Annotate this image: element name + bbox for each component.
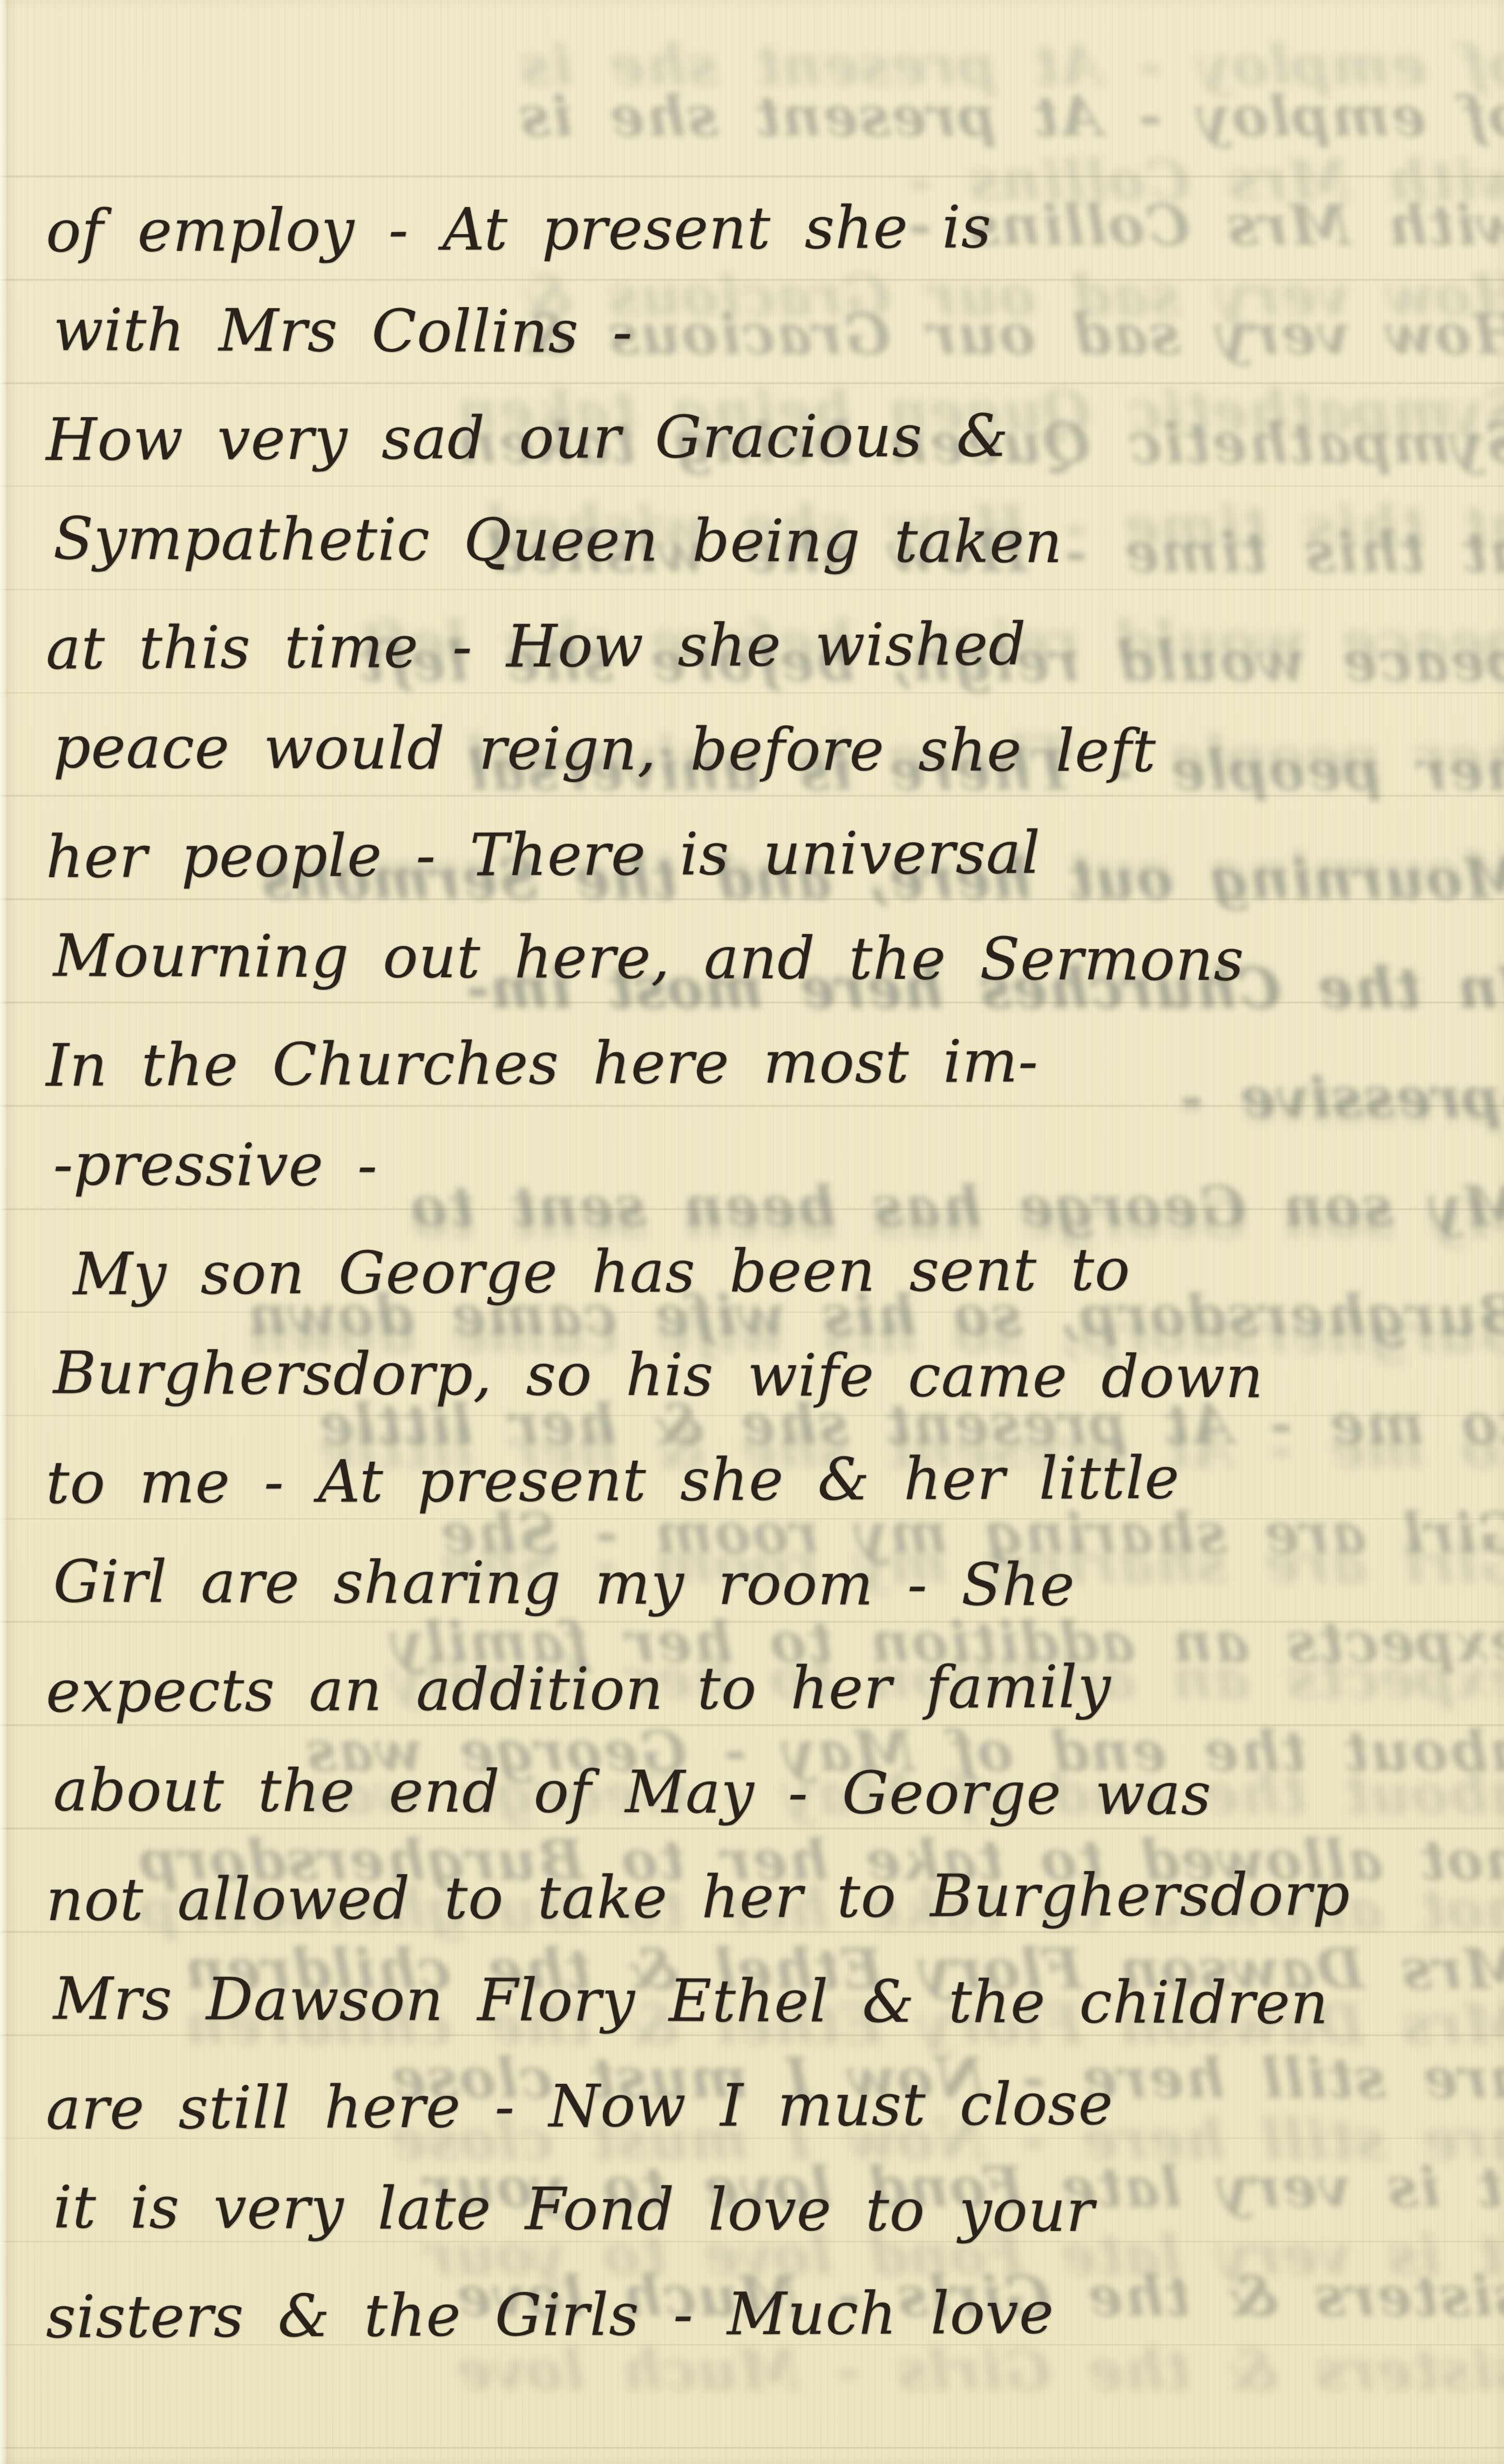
letter-line: not allowed to take her to Burghersdorp bbox=[46, 1842, 1481, 1952]
letter-line: Mrs Dawson Flory Ethel & the children bbox=[53, 1947, 1481, 2056]
letter-line: about the end of May - George was bbox=[53, 1738, 1481, 1848]
letter-line: her people - There is universal bbox=[46, 799, 1481, 909]
letter-line: of employ - At present she is bbox=[0, 7, 1504, 123]
letter-line: it is very late Fond love to your bbox=[53, 2155, 1481, 2265]
letter-body: of employ - At present she iswith Mrs Co… bbox=[46, 176, 1480, 2366]
letter-line: Burghersdorp, so his wife came down bbox=[53, 1321, 1481, 1430]
letter-line: peace would reign, before she left bbox=[53, 695, 1481, 805]
letter-line: are still here - Now I must close bbox=[46, 2050, 1481, 2161]
letter-line: sisters & the Girls - Much love bbox=[46, 2259, 1481, 2370]
letter-line: Sympathetic Queen being taken bbox=[53, 487, 1481, 596]
letter-line: expects an addition to her family bbox=[46, 1633, 1481, 1744]
letter-line: Girl are sharing my room - She bbox=[53, 1530, 1481, 1639]
letter-line: of employ - At present she is bbox=[0, 62, 1504, 171]
letter-line: with Mrs Collins - bbox=[53, 278, 1481, 387]
letter-line: How very sad our Gracious & bbox=[46, 382, 1481, 492]
letter-line: at this time - How she wished bbox=[46, 590, 1481, 701]
letter-line: In the Churches here most im- bbox=[46, 1008, 1481, 1118]
letter-line: -pressive - bbox=[53, 1112, 1481, 1222]
letter-line: My son George has been sent to bbox=[73, 1216, 1481, 1327]
letter-line: Mourning out here, and the Sermons bbox=[53, 904, 1481, 1013]
letter-page: of employ - At present she iswith Mrs Co… bbox=[0, 0, 1504, 2464]
letter-line: to me - At present she & her little bbox=[46, 1425, 1481, 1535]
letter-line: of employ - At present she is bbox=[46, 173, 1481, 284]
